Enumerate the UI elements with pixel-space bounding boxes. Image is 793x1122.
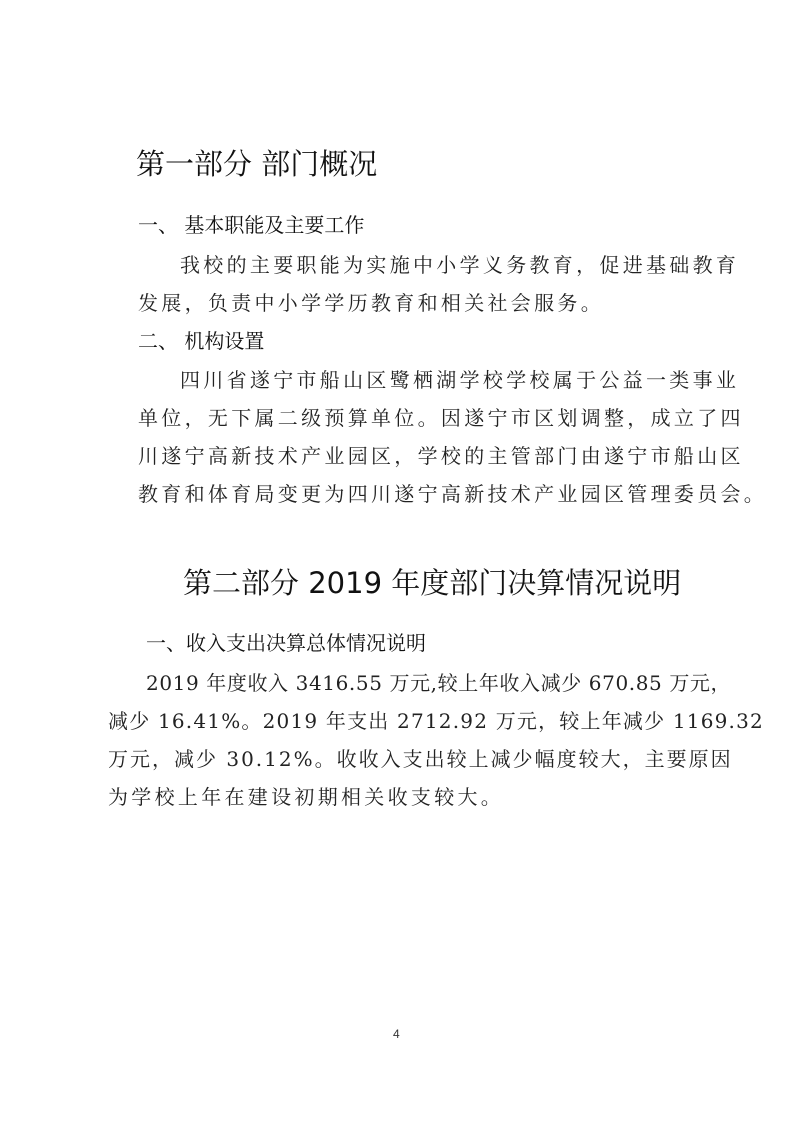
part1-section2-heading: 二、 机构设置 xyxy=(138,325,264,354)
part1-section1-line: 发展，负责中小学学历教育和相关社会服务。 xyxy=(138,287,604,316)
part1-section1-line: 我校的主要职能为实施中小学义务教育，促进基础教育 xyxy=(180,249,739,278)
part2-section1-heading: 一、收入支出决算总体情况说明 xyxy=(146,627,426,656)
part2-section1-line: 万元，减少 30.12%。收收入支出较上减少幅度较大，主要原因 xyxy=(108,743,733,772)
document-page: 第一部分 部门概况 一、 基本职能及主要工作 我校的主要职能为实施中小学义务教育… xyxy=(0,0,793,1122)
part1-section2-line: 川遂宁高新技术产业园区，学校的主管部门由遂宁市船山区 xyxy=(138,440,744,469)
part2-section1-line: 为学校上年在建设初期相关收支较大。 xyxy=(108,781,504,810)
part2-title: 第二部分 2019 年度部门决算情况说明 xyxy=(183,561,681,602)
part1-section2-line: 四川省遂宁市船山区鹭栖湖学校学校属于公益一类事业 xyxy=(180,364,739,393)
part1-section2-line: 单位，无下属二级预算单位。因遂宁市区划调整，成立了四 xyxy=(138,402,744,431)
part1-section1-heading: 一、 基本职能及主要工作 xyxy=(138,209,364,238)
part2-section1-line: 减少 16.41%。2019 年支出 2712.92 万元，较上年减少 1169… xyxy=(108,705,764,734)
part2-section1-line: 2019 年度收入 3416.55 万元,较上年收入减少 670.85 万元， xyxy=(146,667,731,696)
page-number: 4 xyxy=(393,1027,400,1041)
part1-section2-line: 教育和体育局变更为四川遂宁高新技术产业园区管理委员会。 xyxy=(138,478,767,507)
part1-title: 第一部分 部门概况 xyxy=(136,142,377,183)
